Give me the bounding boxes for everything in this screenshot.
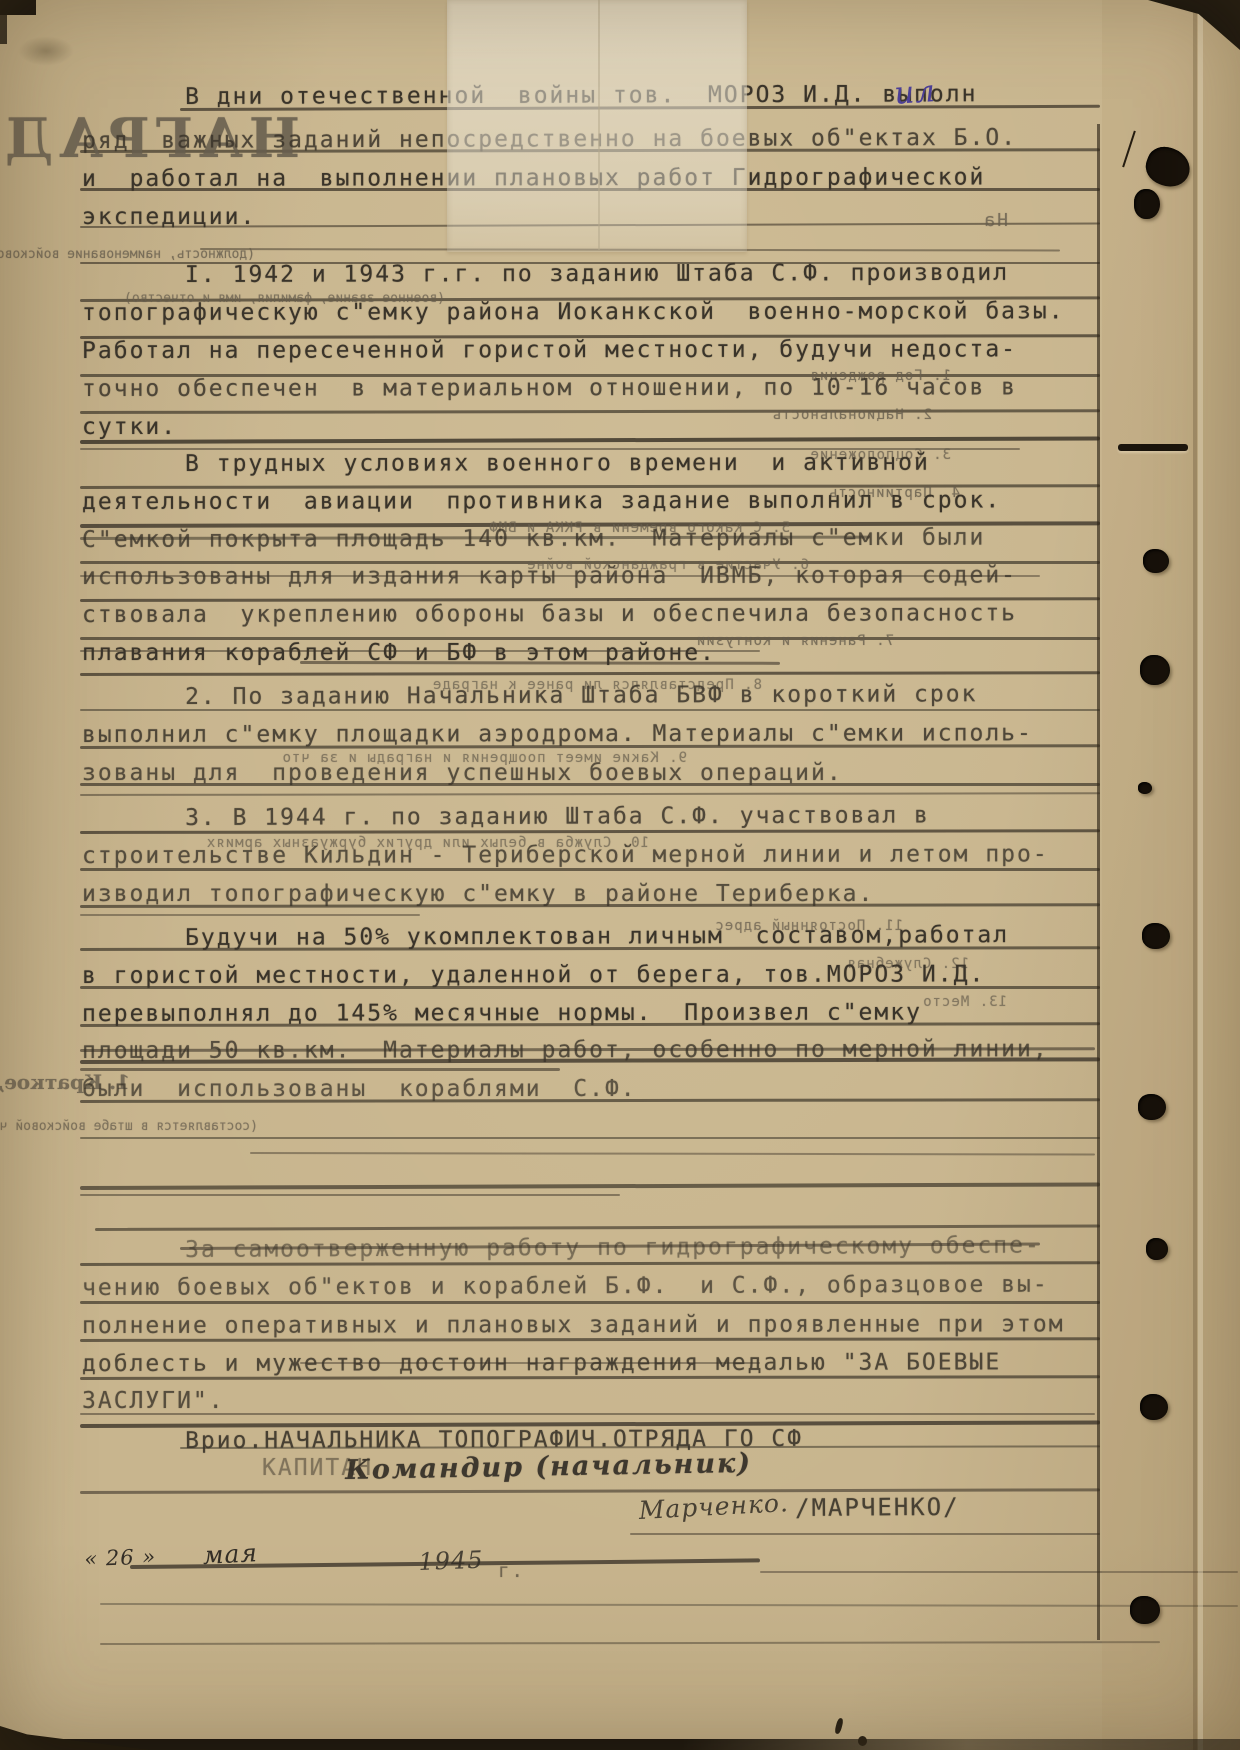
- punch-hole: [1140, 1394, 1168, 1420]
- punch-hole: [1138, 782, 1152, 794]
- punch-hole: [1143, 549, 1169, 573]
- punch-holes-layer: [0, 0, 1240, 1750]
- punch-hole: [1130, 1596, 1160, 1624]
- punch-hole: [1134, 189, 1160, 219]
- scanned-award-document: НАГРАДНОЙ ЛИСТ(должность, наименование в…: [0, 0, 1240, 1750]
- punch-hole: [1141, 142, 1195, 193]
- punch-hole: [1140, 655, 1170, 685]
- punch-hole: [1146, 1238, 1168, 1260]
- punch-hole: [1138, 1094, 1166, 1120]
- paper-tear-slit: [1118, 444, 1188, 451]
- ink-speck: [858, 1736, 867, 1746]
- paper-stain: [18, 36, 74, 66]
- scan-edge-bottom: [0, 1739, 1240, 1750]
- punch-hole: [1142, 923, 1170, 949]
- scan-edge-left: [0, 0, 7, 44]
